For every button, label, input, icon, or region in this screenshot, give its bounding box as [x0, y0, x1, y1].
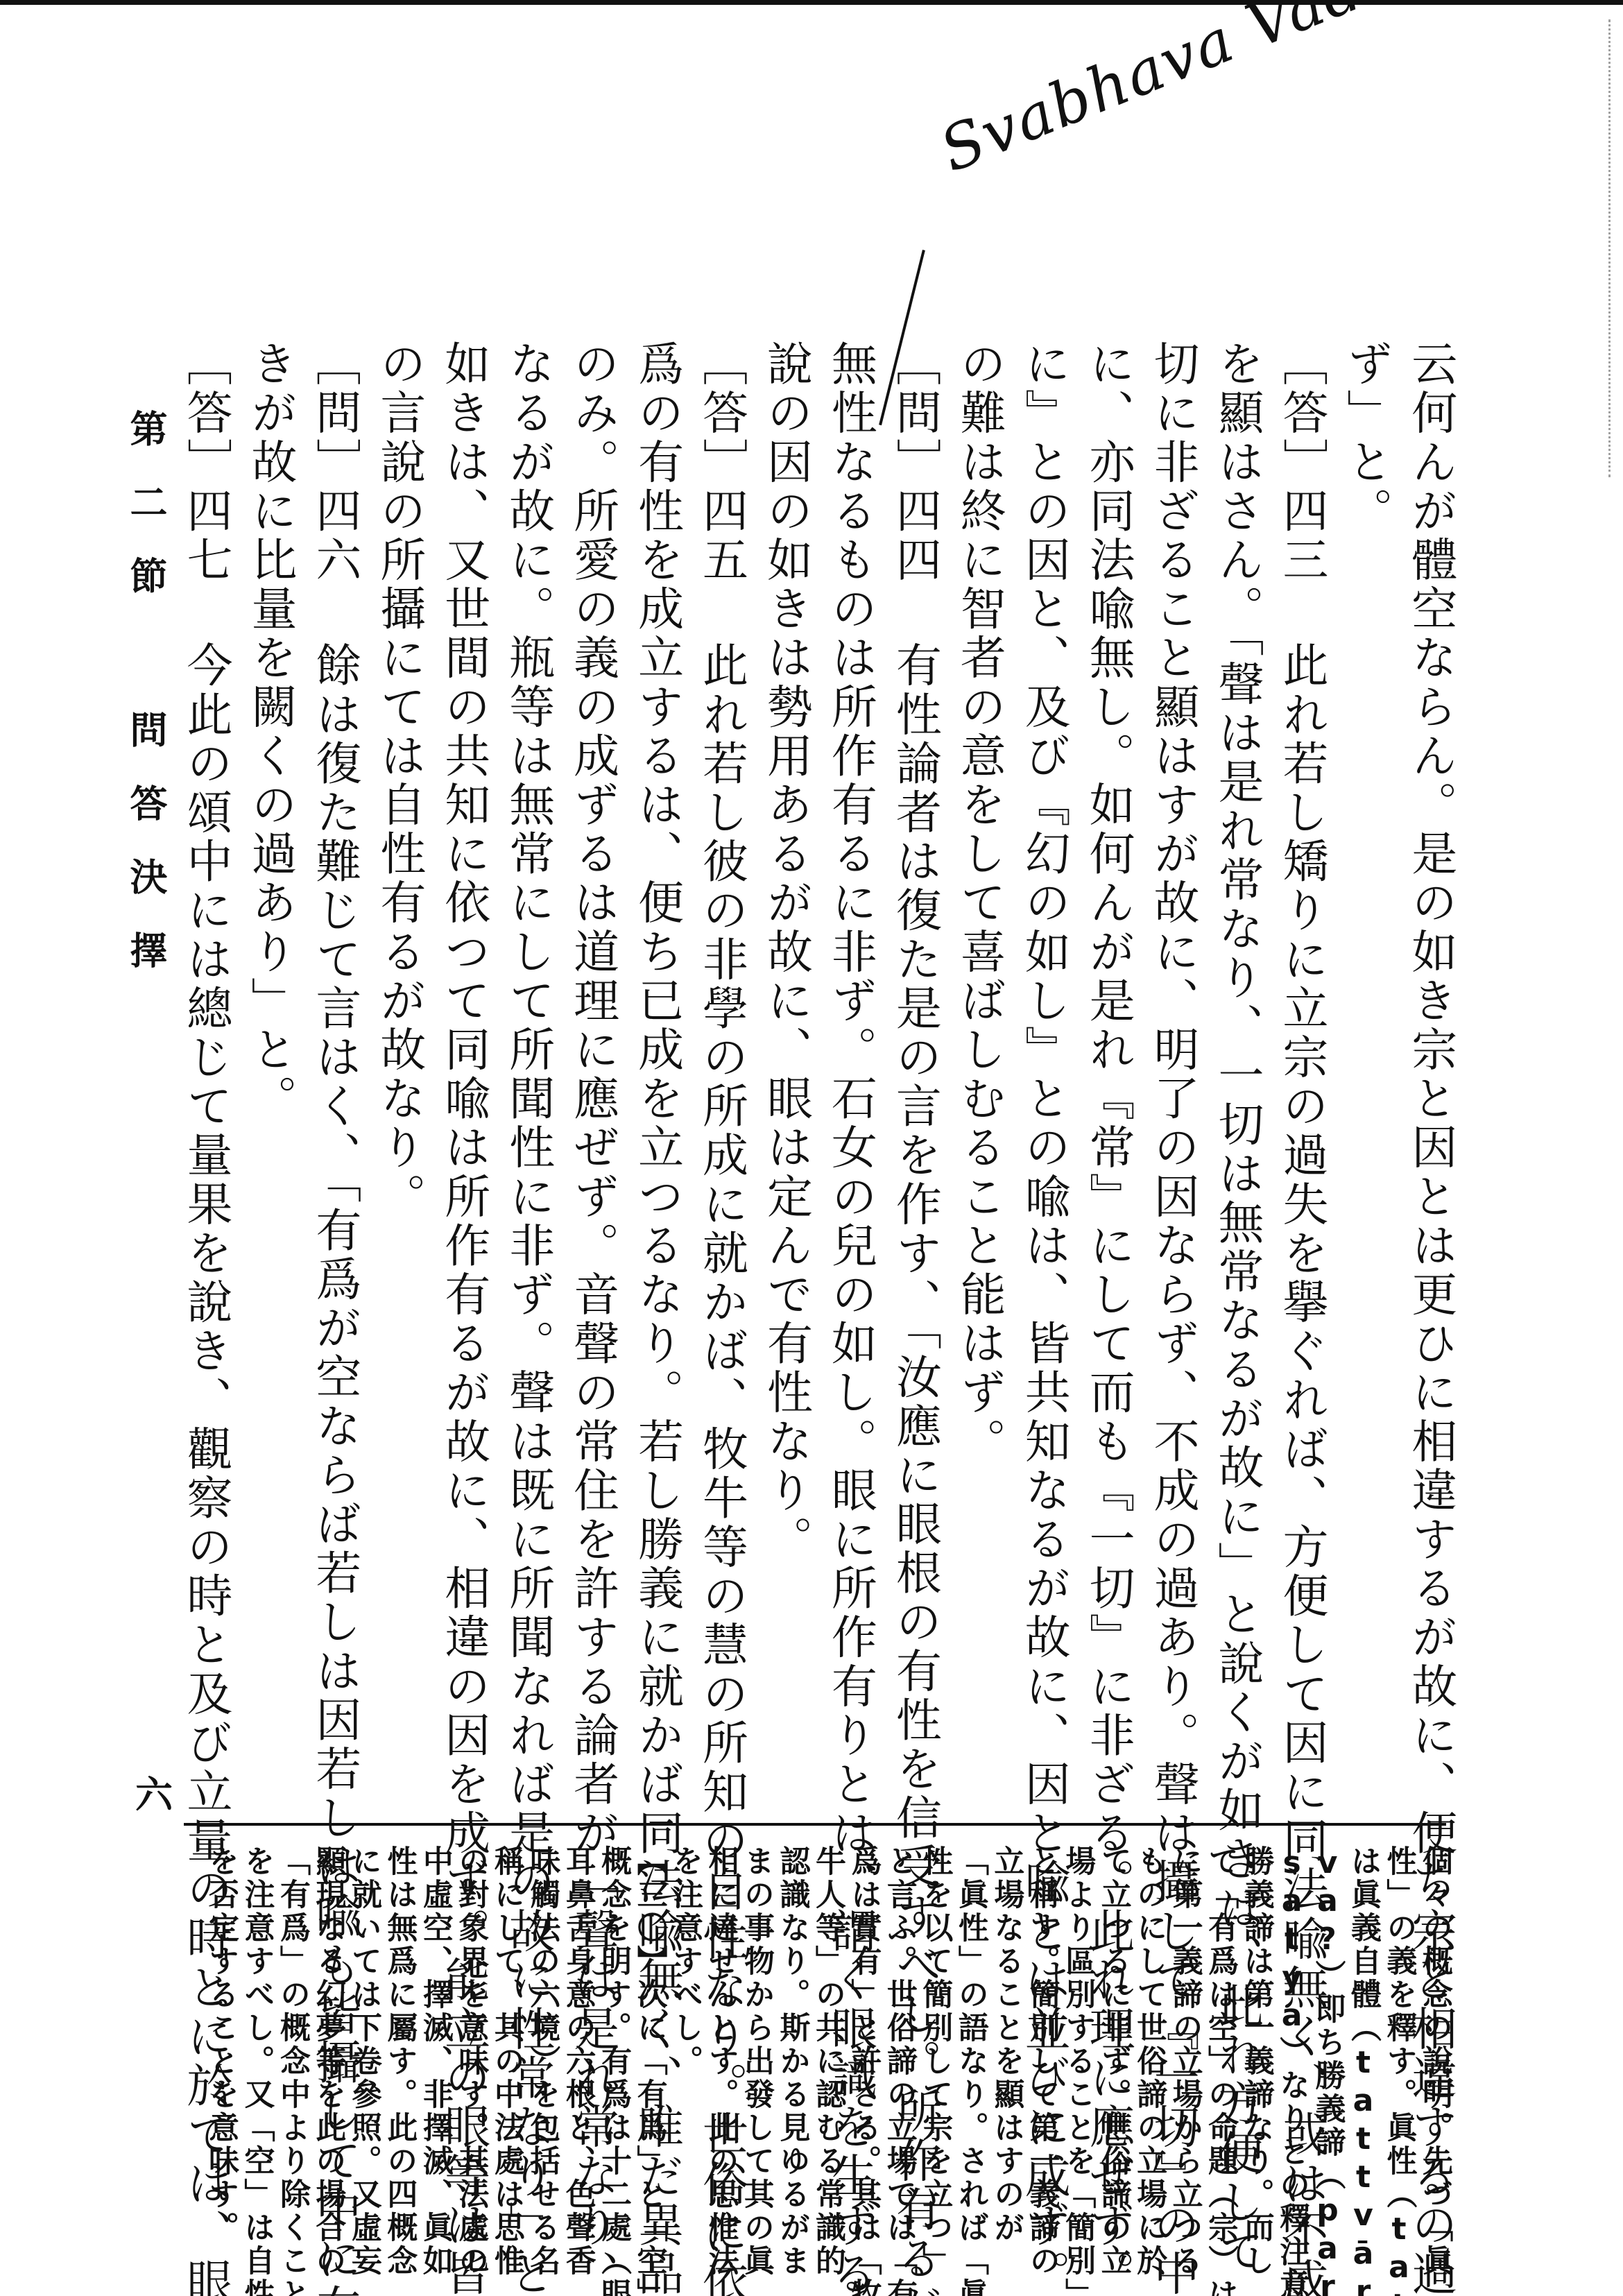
footnote-column: 顯現なる幻夢等を此の場合の: [308, 1845, 343, 2206]
footnote-column: 立場なることを顯はすのが: [986, 1845, 1021, 2206]
text-column: 如きは、又世間の共知に依つて同喩は所作有るが故に、相違の因を成ず。能立の眼等は皆…: [435, 340, 486, 1783]
footnote-column: 相に達せんとす。此の思惟法: [701, 1845, 736, 2206]
text-column: に、亦同法喩無し。如何んが是れ『常』にして而も『一切』に非ざる。此れ理に應ぜず。…: [1079, 340, 1131, 1783]
footnote-column: 概念を明す。有爲は十二處（眼: [594, 1845, 628, 2206]
text-column: ず」と。: [1337, 340, 1389, 1783]
footnote-column: 「眞性」の語なり。されば「眞: [951, 1845, 986, 2206]
text-column: を顯はさん。「聲は是れ常なり、一切は無常なるが故に」と說くが如きは、此れ方便して…: [1208, 340, 1260, 1783]
footnote-column: と稱す。簡別して第一義諦の: [1022, 1845, 1057, 2206]
text-column: の難は終に智者の意をして喜ばしむること能はず。: [950, 340, 1002, 1783]
text-column: きが故に比量を闕くの過あり」と。: [241, 340, 293, 1783]
footnote-column: を注意すべし。又「空」は自性: [237, 1845, 271, 2206]
footnote-column: 性は無爲に屬す。此の四概念: [379, 1845, 414, 2206]
footnote-column: 中虛空、擇滅、非擇滅、眞如: [415, 1845, 450, 2206]
main-text-body: 云何んが體空ならん。是の如き宗と因とは更ひに相違するが故に、便ち宗と相違するの過…: [177, 340, 1453, 1783]
footnote-column: 爲は實有」と許さる。其は「牧: [843, 1845, 878, 2206]
footnote-column: va?）即ち勝義諦（paramārtha-: [1308, 1845, 1343, 2206]
footnote-column: 性」の義を釋す。眞性（tattva）: [1379, 1845, 1414, 2206]
text-column: 云何んが體空ならん。是の如き宗と因とは更ひに相違するが故に、便ち宗と相違するの過…: [1402, 340, 1453, 1783]
footnote-column: を否定することを意味す。: [201, 1845, 236, 2206]
footnote-column: 【三〇】次に「有爲」と「空」との: [630, 1845, 664, 2206]
text-column: のみ。所愛の義の成ずるは道理に應ぜず。音聲の常住を許する論者が「聲は是れ常なり、…: [564, 340, 615, 1783]
text-column: ［答］四三 此れ若し矯りに立宗の過失を擧ぐれば、方便して因に同法喩無く、或は不成…: [1273, 340, 1324, 1783]
footnote-column: 牛人等」の共に認むる常識的: [808, 1845, 843, 2206]
footnote-column: に第一義諦の立場から立つる: [1165, 1845, 1200, 2206]
footnote-column: て立つるに非ず。世俗諦の立: [1094, 1845, 1128, 2206]
text-column: ［問］四四 有性論者は復た是の言を作す、「汝應に眼根の有性を信受すべし。所作有る…: [886, 340, 937, 1783]
footnote-column: の對象界を意味す。其法處の: [451, 1845, 486, 2206]
footnote-column: 耳鼻舌身意の六根と、色聲香: [558, 1845, 593, 2206]
footnote-column: 個々の概念の說明。先づ「眞: [1415, 1845, 1450, 2206]
footnotes: 個々の概念の說明。先づ「眞 性」の義を釋す。眞性（tattva） は眞義自體（t…: [201, 1845, 1450, 2206]
footnote-divider: [184, 1823, 1446, 1826]
footnote-column: ものにして世俗諦の立場に於: [1129, 1845, 1164, 2206]
text-column: 爲の有性を成立するは、便ち已成を立つるなり。若し勝義に就かば同法喩無く、唯だ異品…: [628, 340, 680, 1783]
text-column: ［答］四五 此れ若し彼の非學の所成に就かば、牧牛等の慧の所知の自性なり。世俗に依…: [693, 340, 744, 1783]
text-column: なるが故に。瓶等は無常にして所聞性に非ず。聲は既に所聞なれば是の故に性常なり」と…: [499, 340, 551, 1783]
scan-edge-artifact: [1593, 19, 1611, 477]
footnote-column: 認識なり。斯かる見ゆるがま: [773, 1845, 807, 2206]
text-column: 說の因の如きは勢用あるが故に、眼は定んで有性なり。: [757, 340, 808, 1783]
footnote-column: 性を以て簡別して宗を立つ」: [915, 1845, 950, 2206]
footnote-column: は眞義自體（tattvārthātmat-: [1343, 1845, 1378, 2206]
footnote-column: に就いては下卷參照。又虛妄: [344, 1845, 379, 2206]
text-column: 切に非ざること顯はすが故に、明了の因ならず、不成の過あり。聲は攝して『一切』の中…: [1144, 340, 1195, 1783]
footnote-column: 「有爲」の概念中より除くこと: [273, 1845, 307, 2206]
footnote-column: 場より區別することを「簡別」: [1058, 1845, 1092, 2206]
page-number: 六: [135, 1765, 173, 1819]
text-column: 無性なるものは所作有るに非ず。石女の兒の如し。眼に所作有りとは、謂く眼識を生ずる…: [821, 340, 873, 1783]
text-column: ［問］四六 餘は復た難じて言はく、「有爲が空ならば若しは因若しは喩も皆攝して中に…: [306, 340, 357, 1783]
footnote-column: まの事物から出發して其の眞: [737, 1845, 771, 2206]
text-column: に』との因と、及び『幻の如し』との喩は、皆共知なるが故に、因と喩とは並びに成ず。…: [1015, 340, 1066, 1783]
text-column: ［答］四七 今此の頌中には總じて量果を說き、觀察の時と及び立量の時とに於ては、眼…: [177, 340, 228, 1783]
text-column: の言說の所攝にては自性有るが故なり。: [370, 340, 422, 1783]
footnote-column: を注意すべし。: [665, 1845, 700, 2206]
handwritten-annotation: Svabhava Vadin: [930, 0, 1429, 186]
footnote-column: て「有爲は空」の命題（宗）は特: [1201, 1845, 1235, 2206]
footnote-column: 稱にして、其の中法處は思惟: [487, 1845, 522, 2206]
footnote-column: 勝義諦は第一義諦なり。而し: [1237, 1845, 1271, 2206]
section-header: 第二節 問答決擇: [104, 409, 173, 1380]
footnote-column: と言ふ。世俗諦の立場では「有: [879, 1845, 914, 2206]
footnote-column: 味觸法の六境）を包括せる名: [522, 1845, 557, 2206]
footnote-column: satya）なりとの釋注意すべし。: [1272, 1845, 1307, 2206]
